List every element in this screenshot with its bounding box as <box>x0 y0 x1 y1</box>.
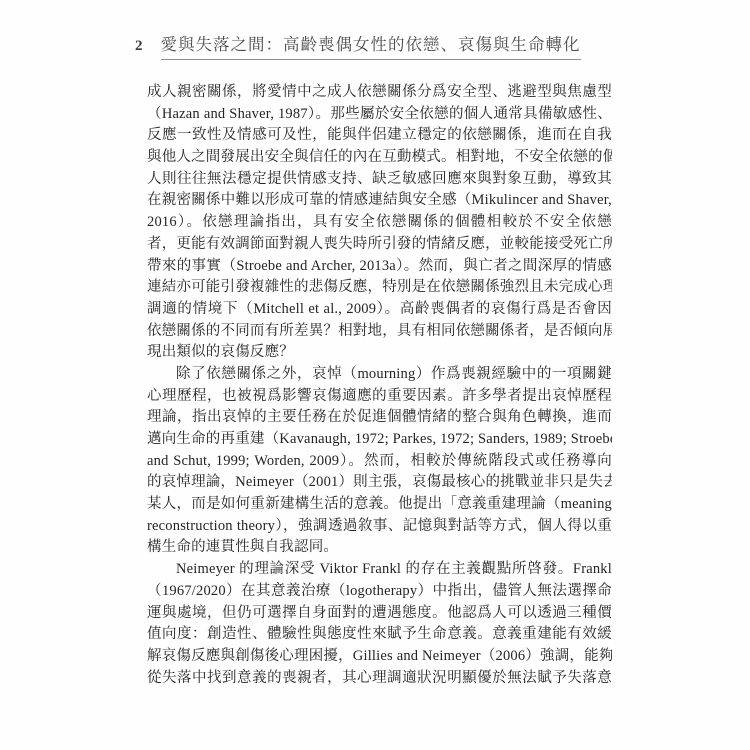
running-title: 愛與失落之間：高齡喪偶女性的依戀、哀傷與生命轉化 <box>161 31 581 60</box>
page-number: 2 <box>135 38 143 55</box>
text-line: 連結亦可能引發複雜性的悲傷反應，特別是在依戀關係強烈且未完成心理 <box>147 277 612 299</box>
text-line: 成人親密關係，將愛情中之成人依戀關係分爲安全型、逃避型與焦慮型 <box>147 82 612 104</box>
text-line: 帶來的事實（Stroebe and Archer, 2013a）。然而，與亡者之… <box>147 256 612 278</box>
text-line: 解哀傷反應與創傷後心理困擾，Gillies and Neimeyer（2006）… <box>147 646 612 668</box>
text-line: 調適的情境下（Mitchell et al., 2009）。高齡喪偶者的哀傷行爲… <box>147 299 612 321</box>
book-page: 2 愛與失落之間：高齡喪偶女性的依戀、哀傷與生命轉化 成人親密關係，將愛情中之成… <box>0 0 750 750</box>
text-line: 某人，而是如何重新建構生活的意義。他提出「意義重建理論（meaning <box>147 494 612 516</box>
text-line: 在親密關係中難以形成可靠的情感連結與安全感（Mikulincer and Sha… <box>147 190 612 212</box>
text-line: 運與處境，但仍可選擇自身面對的遭遇態度。他認爲人可以透過三種價 <box>147 603 612 625</box>
text-line: 現出類似的哀傷反應？ <box>147 342 612 364</box>
text-line: 2016）。依戀理論指出，具有安全依戀關係的個體相較於不安全依戀 <box>147 212 612 234</box>
text-line: 從失落中找到意義的喪親者，其心理調適狀況明顯優於無法賦予失落意 <box>147 668 612 690</box>
text-line: Neimeyer 的理論深受 Viktor Frankl 的存在主義觀點所啓發。… <box>147 559 612 581</box>
paragraph-2: 除了依戀關係之外，哀悼（mourning）作爲喪親經驗中的一項關鍵 心理歷程，也… <box>147 364 612 559</box>
text-line: 者，更能有效調節面對親人喪失時所引發的情緒反應，並較能接受死亡所 <box>147 234 612 256</box>
text-line: 與他人之間發展出安全與信任的內在互動模式。相對地，不安全依戀的個 <box>147 147 612 169</box>
paragraph-3: Neimeyer 的理論深受 Viktor Frankl 的存在主義觀點所啓發。… <box>147 559 612 689</box>
text-line: 依戀關係的不同而有所差異？相對地，具有相同依戀關係者，是否傾向展 <box>147 321 612 343</box>
text-line: 人則往往無法穩定提供情感支持、缺乏敏感回應來與對象互動，導致其 <box>147 169 612 191</box>
text-line: 邁向生命的再重建（Kavanaugh, 1972; Parkes, 1972; … <box>147 429 612 451</box>
text-line: 值向度：創造性、體驗性與態度性來賦予生命意義。意義重建能有效緩 <box>147 624 612 646</box>
text-line: 的哀悼理論，Neimeyer（2001）則主張，哀傷最核心的挑戰並非只是失去 <box>147 472 612 494</box>
text-line: 反應一致性及情感可及性，能與伴侶建立穩定的依戀關係，進而在自我 <box>147 125 612 147</box>
text-line: （1967/2020）在其意義治療（logotherapy）中指出，儘管人無法選… <box>147 581 612 603</box>
text-line: 除了依戀關係之外，哀悼（mourning）作爲喪親經驗中的一項關鍵 <box>147 364 612 386</box>
body-text: 成人親密關係，將愛情中之成人依戀關係分爲安全型、逃避型與焦慮型 （Hazan a… <box>147 82 612 689</box>
text-line: （Hazan and Shaver, 1987）。那些屬於安全依戀的個人通常具備… <box>147 104 612 126</box>
text-line: reconstruction theory），強調透過敘事、記憶與對話等方式，個… <box>147 516 612 538</box>
paragraph-1: 成人親密關係，將愛情中之成人依戀關係分爲安全型、逃避型與焦慮型 （Hazan a… <box>147 82 612 364</box>
text-line: 理論，指出哀悼的主要任務在於促進個體情緒的整合與角色轉換，進而 <box>147 407 612 429</box>
text-line: 構生命的連貫性與自我認同。 <box>147 537 612 559</box>
text-line: 心理歷程，也被視爲影響哀傷適應的重要因素。許多學者提出哀悼歷程 <box>147 386 612 408</box>
page-header: 2 愛與失落之間：高齡喪偶女性的依戀、哀傷與生命轉化 <box>135 31 581 60</box>
text-line: and Schut, 1999; Worden, 2009）。然而，相較於傳統階… <box>147 451 612 473</box>
